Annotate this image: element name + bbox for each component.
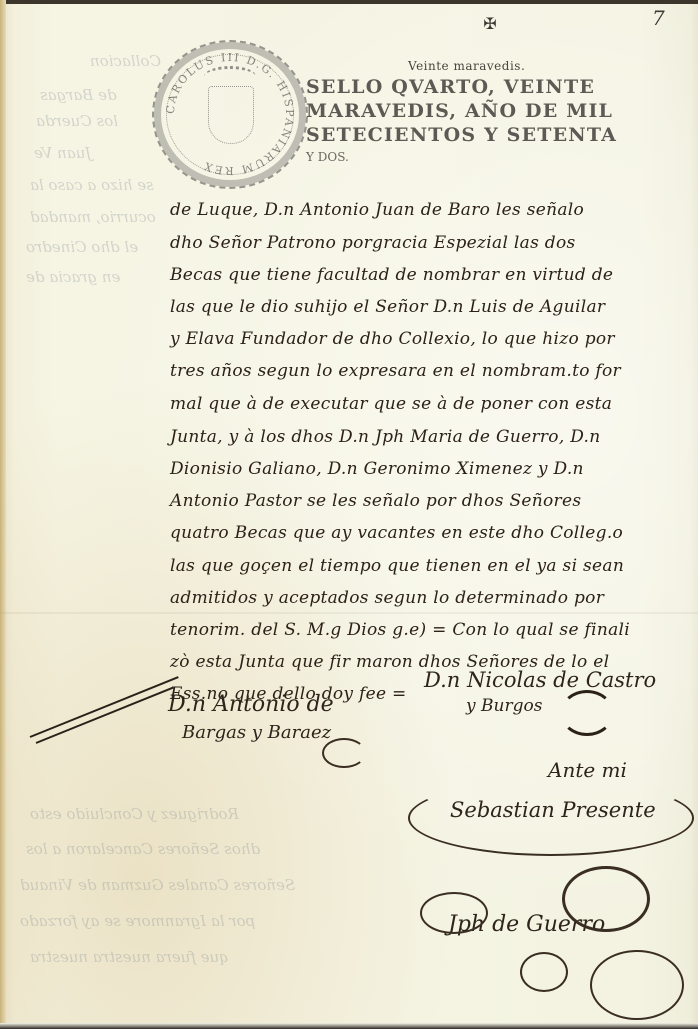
rubric-flourish-icon: [562, 866, 650, 932]
signature-antonio-de-bargas-line2: Bargas y Baraez: [182, 722, 331, 743]
svg-text:CAROLUS III D.G. HISPANIARUM R: CAROLUS III D.G. HISPANIARUM REX: [164, 51, 296, 177]
bleed-through-text: dhos Señores Cancelaron a los: [26, 840, 260, 858]
manuscript-line: mal que à de executar que se à de poner …: [170, 394, 612, 414]
seal-legend: CAROLUS III D.G. HISPANIARUM REX: [154, 42, 306, 187]
rubric-flourish-icon: [520, 952, 568, 992]
cross-mark-icon: ✠: [482, 16, 498, 32]
manuscript-line: las que le dio suhijo el Señor D.n Luis …: [170, 297, 605, 317]
rubric-flourish-icon: [322, 738, 366, 768]
stamp-line: SETECIENTOS Y SETENTA: [306, 124, 617, 146]
manuscript-line: de Luque, D.n Antonio Juan de Baro les s…: [170, 200, 584, 220]
royal-seal-icon: CAROLUS III D.G. HISPANIARUM REX: [152, 40, 308, 189]
manuscript-line: admitidos y aceptados segun lo determina…: [170, 588, 604, 608]
manuscript-line: Dionisio Galiano, D.n Geronimo Ximenez y…: [170, 459, 584, 479]
rubric-flourish-icon: [590, 950, 684, 1020]
manuscript-line: Becas que tiene facultad de nombrar en v…: [170, 265, 613, 285]
manuscript-line: dho Señor Patrono porgracia Espezial las…: [170, 233, 576, 253]
scan-top-edge: [0, 0, 698, 4]
stamp-price-line: Veinte maravedis.: [408, 59, 525, 73]
bleed-through-text: los Cuerda: [36, 112, 118, 130]
page-left-edge: [0, 0, 6, 1029]
manuscript-line: Antonio Pastor se les señalo por dhos Se…: [170, 491, 581, 511]
closing-rule: [30, 676, 179, 738]
paper-fold: [0, 612, 698, 614]
manuscript-line: quatro Becas que ay vacantes en este dho…: [170, 523, 623, 543]
bleed-through-text: Juan Ve: [34, 144, 91, 162]
bleed-through-text: que fuera nuestra nuestra: [30, 948, 229, 966]
folio-number: 7: [652, 6, 665, 30]
manuscript-line: Junta, y à los dhos D.n Jph Maria de Gue…: [170, 427, 601, 447]
signature-antonio-de-bargas: D.n Antonio de: [168, 692, 334, 717]
manuscript-line: y Elava Fundador de dho Collexio, lo que…: [170, 329, 615, 349]
page-bottom-edge: [0, 1023, 698, 1029]
bleed-through-text: por la Igranmore se ay forzado: [20, 912, 255, 930]
rubric-flourish-icon: [560, 690, 614, 736]
rubric-flourish-icon: [420, 892, 488, 934]
signature-ante-mi: Ante mi: [548, 758, 627, 782]
seal-legend-text: CAROLUS III D.G. HISPANIARUM REX: [164, 51, 296, 177]
stamp-line: MARAVEDIS, AÑO DE MIL: [306, 100, 613, 122]
manuscript-line: tres años segun lo expresara en el nombr…: [170, 361, 621, 381]
signature-nicolas-de-castro-line2: y Burgos: [466, 696, 542, 716]
stamp-line: SELLO QVARTO, VEINTE: [306, 76, 595, 98]
rubric-flourish-icon: [408, 780, 694, 856]
bleed-through-text: Collacion: [90, 52, 161, 70]
signature-nicolas-de-castro: D.n Nicolas de Castro: [424, 668, 656, 692]
bleed-through-text: en gracia de: [26, 268, 120, 286]
bleed-through-text: de Bargas: [40, 86, 117, 104]
bleed-through-text: el dho Cinedro: [26, 238, 138, 256]
bleed-through-text: Señores Canales Guzman de Vinaud: [20, 876, 295, 894]
manuscript-line: las que goçen el tiempo que tienen en el…: [170, 556, 624, 576]
stamp-suffix: Y DOS.: [306, 150, 349, 164]
closing-rule: [36, 687, 174, 744]
manuscript-line: tenorim. del S. M.g Dios g.e) = Con lo q…: [170, 620, 630, 640]
bleed-through-text: se hizo a caso la: [30, 176, 154, 194]
manuscript-page: Collacion de Bargas los Cuerda Juan Ve s…: [0, 0, 698, 1029]
bleed-through-text: ocurrio, mandad: [30, 208, 156, 226]
bleed-through-text: Rodriguez y Concluido esto: [30, 805, 239, 823]
